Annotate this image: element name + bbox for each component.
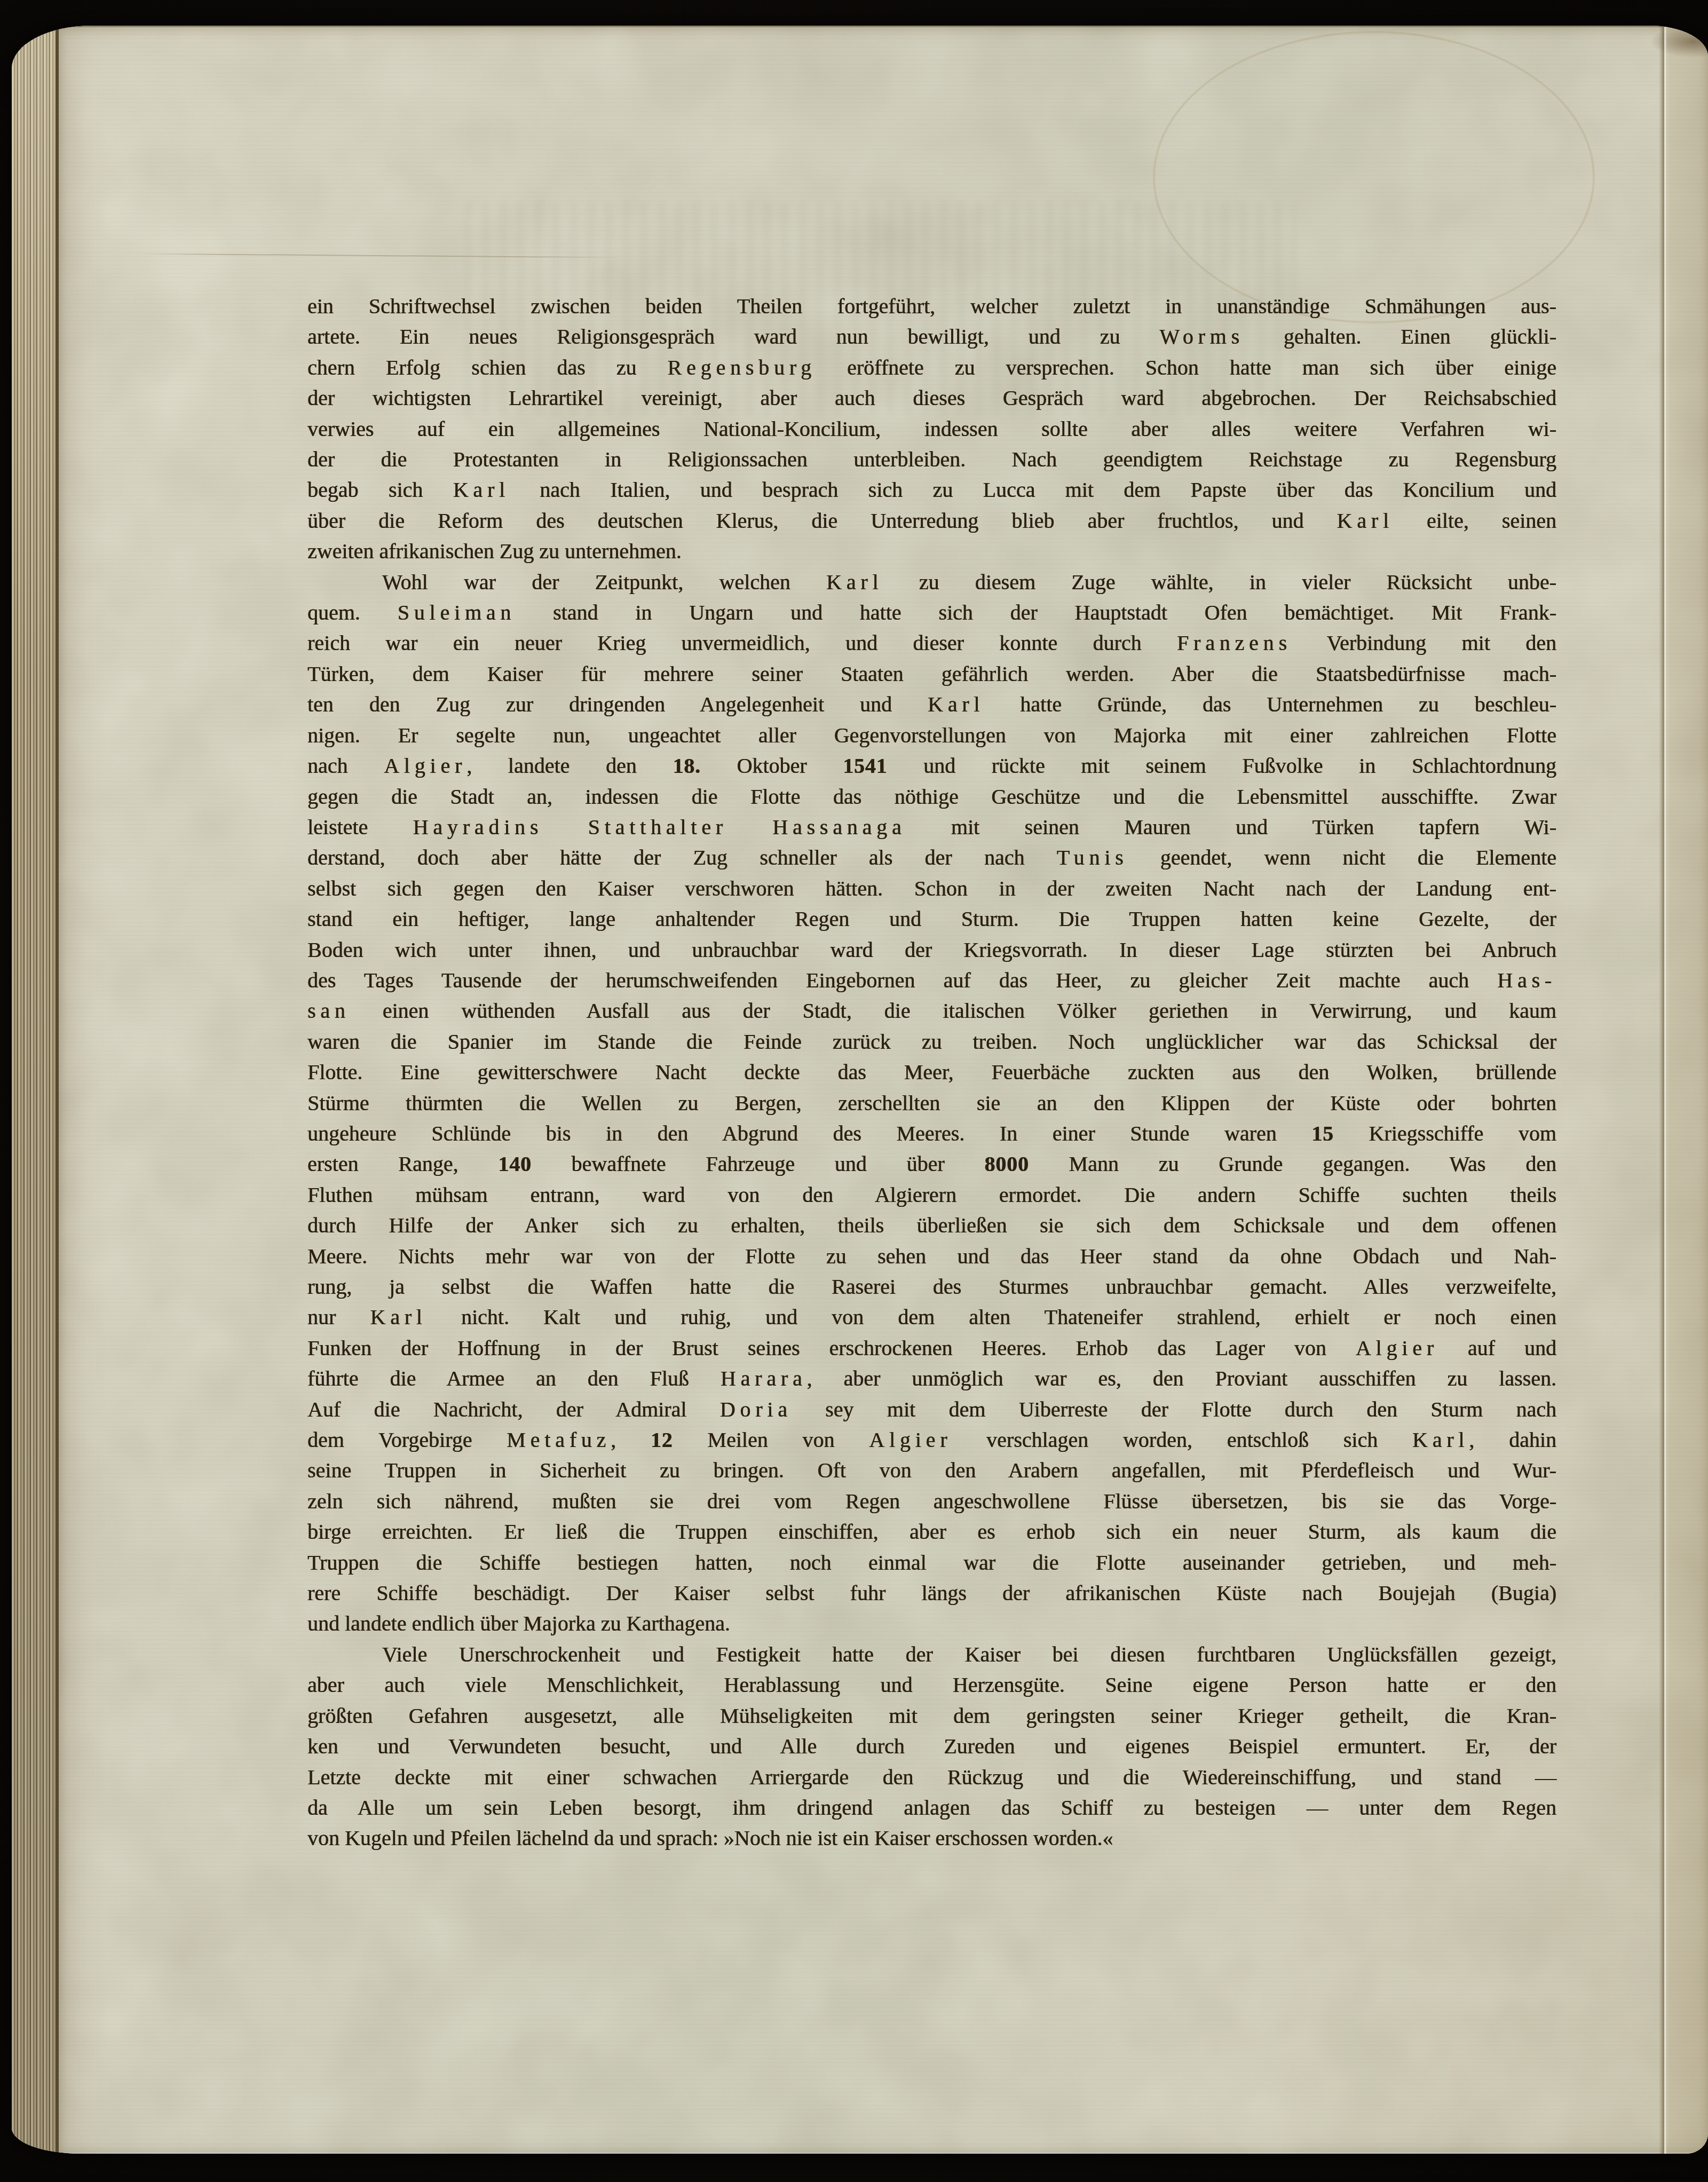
text-segment: zweiten afrikanischen Zug zu unternehmen… (307, 539, 682, 563)
text-segment: bewaffnete Fahrzeuge und über (532, 1152, 985, 1176)
text-segment: nur (307, 1305, 370, 1329)
numeric-figure: 8000 (985, 1152, 1029, 1176)
adjacent-page-area (1669, 26, 1708, 2154)
spaced-proper-name: Karl (1337, 509, 1394, 533)
text-line: ersten Range, 140 bewaffnete Fahrzeuge u… (307, 1149, 1556, 1179)
text-segment: waren die Spanier im Stande die Feinde z… (307, 1030, 1556, 1054)
text-segment: da Alle um sein Leben besorgt, ihm dring… (307, 1796, 1556, 1820)
text-segment: Verbindung mit den (1292, 631, 1556, 655)
text-segment: Auf die Nachricht, der Admiral (307, 1397, 720, 1421)
text-segment: Stürme thürmten die Wellen zu Bergen, ze… (307, 1091, 1556, 1115)
text-line: Viele Unerschrockenheit und Festigkeit h… (307, 1639, 1556, 1670)
text-line: größten Gefahren ausgesetzt, alle Mühsel… (307, 1701, 1556, 1731)
numeric-figure: 15 (1311, 1121, 1334, 1145)
text-line: zweiten afrikanischen Zug zu unternehmen… (307, 536, 1556, 566)
text-segment: nach (307, 754, 384, 778)
text-segment: Funken der Hoffnung in der Brust seines … (307, 1336, 1356, 1360)
text-segment: nicht. Kalt und ruhig, und von dem alten… (427, 1305, 1556, 1329)
text-line: verwies auf ein allgemeines National-Kon… (307, 414, 1556, 444)
text-segment: stand ein heftiger, lange anhaltender Re… (307, 907, 1556, 931)
text-segment: der die Protestanten in Religionssachen … (307, 447, 1556, 471)
text-segment: und landete endlich über Majorka zu Kart… (307, 1611, 730, 1635)
text-segment: und rückte mit seinem Fußvolke in Schlac… (887, 754, 1556, 778)
text-segment: dem Vorgebirge (307, 1428, 507, 1452)
text-line: dem Vorgebirge Metafuz, 12 Meilen von Al… (307, 1425, 1556, 1455)
spaced-proper-name: Suleiman (398, 600, 516, 624)
spaced-proper-name: Harara (721, 1366, 807, 1390)
text-line: der die Protestanten in Religionssachen … (307, 444, 1556, 475)
spaced-proper-name: Karl (928, 692, 984, 716)
text-line: Fluthen mühsam entrann, ward von den Alg… (307, 1180, 1556, 1210)
text-line: rung, ja selbst die Waffen hatte die Ras… (307, 1271, 1556, 1302)
text-segment: Viele Unerschrockenheit und Festigkeit h… (382, 1642, 1556, 1666)
text-line: birge erreichten. Er ließ die Truppen ei… (307, 1516, 1556, 1547)
spaced-proper-name: Metafuz (507, 1428, 611, 1452)
text-segment: Truppen die Schiffe bestiegen hatten, no… (307, 1551, 1556, 1575)
text-segment: Wohl war der Zeitpunkt, welchen (382, 570, 826, 594)
text-segment: quem. (307, 600, 398, 624)
text-line: des Tages Tausende der herumschweifenden… (307, 965, 1556, 995)
spaced-proper-name: Karl (1412, 1428, 1469, 1452)
text-segment: , (611, 1428, 651, 1452)
text-segment: Mann zu Grunde gegangen. Was den (1029, 1152, 1556, 1176)
text-line: Funken der Hoffnung in der Brust seines … (307, 1333, 1556, 1363)
text-segment: Boden wich unter ihnen, und unbrauchbar … (307, 938, 1556, 962)
book-scan-background: ein Schriftwechsel zwischen beiden Theil… (0, 0, 1708, 2182)
text-line: reich war ein neuer Krieg unvermeidlich,… (307, 628, 1556, 658)
ring-stain (1153, 31, 1595, 323)
text-segment: größten Gefahren ausgesetzt, alle Mühsel… (307, 1704, 1556, 1728)
text-segment: Oktober (701, 754, 843, 778)
text-line: gegen die Stadt an, indessen die Flotte … (307, 781, 1556, 812)
text-segment: der wichtigsten Lehrartikel vereinigt, a… (307, 386, 1556, 410)
text-segment: Türken, dem Kaiser für mehrere seiner St… (307, 662, 1556, 686)
text-segment: rung, ja selbst die Waffen hatte die Ras… (307, 1275, 1556, 1299)
text-line: zeln sich nährend, mußten sie drei vom R… (307, 1486, 1556, 1516)
text-line: führte die Armee an den Fluß Harara, abe… (307, 1363, 1556, 1394)
text-segment: gegen die Stadt an, indessen die Flotte … (307, 785, 1556, 809)
text-line: Truppen die Schiffe bestiegen hatten, no… (307, 1547, 1556, 1578)
text-segment: über die Reform des deutschen Klerus, di… (307, 509, 1337, 533)
text-segment: gehalten. Einen glückli- (1244, 325, 1556, 349)
gutter-crease (1659, 26, 1669, 2154)
text-segment (728, 815, 772, 839)
text-line: selbst sich gegen den Kaiser verschworen… (307, 873, 1556, 904)
text-segment: zu diesem Zuge wählte, in vieler Rücksic… (883, 570, 1556, 594)
text-segment: hatte Gründe, das Unternehmen zu beschle… (984, 692, 1556, 716)
spaced-proper-name: Hayradins (413, 815, 543, 839)
text-segment: ersten Range, (307, 1152, 498, 1176)
text-line: chern Erfolg schien das zu Regensburg er… (307, 352, 1556, 383)
text-line: durch Hilfe der Anker sich zu erhalten, … (307, 1210, 1556, 1240)
quotation: »Noch nie ist ein Kaiser erschossen word… (724, 1826, 1113, 1850)
text-line: da Alle um sein Leben besorgt, ihm dring… (307, 1792, 1556, 1823)
text-line: ein Schriftwechsel zwischen beiden Theil… (307, 291, 1556, 321)
paper-surface: ein Schriftwechsel zwischen beiden Theil… (59, 26, 1708, 2154)
text-line: ungeheure Schlünde bis in den Abgrund de… (307, 1118, 1556, 1149)
text-segment: Fluthen mühsam entrann, ward von den Alg… (307, 1183, 1556, 1207)
text-segment: , dahin (1469, 1428, 1556, 1452)
text-segment: chern Erfolg schien das zu (307, 355, 668, 380)
text-line: und landete endlich über Majorka zu Kart… (307, 1608, 1556, 1639)
text-segment: ten den Zug zur dringenden Angelegenheit… (307, 692, 928, 716)
spaced-proper-name: Karl (370, 1305, 427, 1329)
text-segment: Meilen von (673, 1428, 869, 1452)
text-segment: stand in Ungarn und hatte sich der Haupt… (516, 600, 1556, 624)
spaced-proper-name: Hassanaga (772, 815, 906, 839)
text-line: Meere. Nichts mehr war von der Flotte zu… (307, 1241, 1556, 1271)
spaced-proper-name: Algier (384, 754, 466, 778)
text-segment: leistete (307, 815, 413, 839)
text-line: quem. Suleiman stand in Ungarn und hatte… (307, 597, 1556, 628)
text-segment: sey mit dem Uiberreste der Flotte durch … (792, 1397, 1556, 1421)
text-line: nur Karl nicht. Kalt und ruhig, und von … (307, 1302, 1556, 1332)
spaced-proper-name: Has- (1497, 968, 1556, 992)
text-segment: seine Truppen in Sicherheit zu bringen. … (307, 1458, 1556, 1482)
text-segment: von Kugeln und Pfeilen lächelnd da und s… (307, 1826, 724, 1850)
text-line: Boden wich unter ihnen, und unbrauchbar … (307, 935, 1556, 965)
numeric-figure: 12 (651, 1428, 673, 1452)
spaced-proper-name: Doria (720, 1397, 792, 1421)
spaced-proper-name: Karl (453, 478, 510, 502)
text-segment: auf und (1438, 1336, 1556, 1360)
text-line: über die Reform des deutschen Klerus, di… (307, 505, 1556, 536)
text-segment: führte die Armee an den Fluß (307, 1366, 721, 1390)
text-segment: nigen. Er segelte nun, ungeachtet aller … (307, 723, 1556, 747)
text-segment: Flotte. Eine gewitterschwere Nacht deckt… (307, 1060, 1556, 1084)
text-segment: ken und Verwundeten besucht, und Alle du… (307, 1734, 1556, 1758)
spaced-proper-name: Worms (1159, 325, 1244, 349)
text-segment: aber auch viele Menschlichkeit, Herablas… (307, 1673, 1556, 1697)
text-line: der wichtigsten Lehrartikel vereinigt, a… (307, 383, 1556, 413)
text-segment: artete. Ein neues Religionsgespräch ward… (307, 325, 1159, 349)
text-segment: eröffnete zu versprechen. Schon hatte ma… (816, 355, 1556, 380)
text-segment: des Tages Tausende der herumschweifenden… (307, 968, 1497, 992)
spaced-proper-name: Algier (869, 1428, 952, 1452)
text-segment: verschlagen worden, entschloß sich (952, 1428, 1412, 1452)
page-edge-stack (12, 26, 59, 2154)
text-line: derstand, doch aber hätte der Zug schnel… (307, 842, 1556, 873)
text-line: nigen. Er segelte nun, ungeachtet aller … (307, 720, 1556, 750)
text-segment: birge erreichten. Er ließ die Truppen ei… (307, 1520, 1556, 1544)
text-segment: geendet, wenn nicht die Elemente (1128, 845, 1556, 869)
numeric-figure: 1541 (843, 754, 887, 778)
text-line: Stürme thürmten die Wellen zu Bergen, ze… (307, 1088, 1556, 1118)
spaced-proper-name: Franzens (1177, 631, 1292, 655)
spaced-proper-name: Regensburg (668, 355, 816, 380)
text-segment (543, 815, 588, 839)
text-segment: zeln sich nährend, mußten sie drei vom R… (307, 1489, 1556, 1513)
text-line: rere Schiffe beschädigt. Der Kaiser selb… (307, 1578, 1556, 1608)
text-line: Letzte deckte mit einer schwachen Arrier… (307, 1762, 1556, 1792)
text-segment: derstand, doch aber hätte der Zug schnel… (307, 845, 1057, 869)
text-line: nach Algier, landete den 18. Oktober 154… (307, 750, 1556, 781)
text-line: Auf die Nachricht, der Admiral Doria sey… (307, 1394, 1556, 1425)
text-segment: mit seinen Mauren und Türken tapfern Wi- (906, 815, 1557, 839)
text-line: Flotte. Eine gewitterschwere Nacht deckt… (307, 1057, 1556, 1087)
text-line: begab sich Karl nach Italien, und bespra… (307, 475, 1556, 505)
spaced-proper-name: Statthalter (588, 815, 728, 839)
text-segment: , landete den (466, 754, 673, 778)
text-line: ten den Zug zur dringenden Angelegenheit… (307, 689, 1556, 720)
numeric-figure: 18. (673, 754, 700, 778)
numeric-figure: 140 (498, 1152, 531, 1176)
text-line: seine Truppen in Sicherheit zu bringen. … (307, 1455, 1556, 1485)
text-line: san einen wüthenden Ausfall aus der Stad… (307, 995, 1556, 1026)
text-segment: verwies auf ein allgemeines National-Kon… (307, 417, 1556, 441)
text-segment: einen wüthenden Ausfall aus der Stadt, d… (350, 999, 1556, 1023)
text-segment: selbst sich gegen den Kaiser verschworen… (307, 876, 1556, 900)
text-line: stand ein heftiger, lange anhaltender Re… (307, 904, 1556, 934)
text-line: Wohl war der Zeitpunkt, welchen Karl zu … (307, 567, 1556, 597)
text-block: ein Schriftwechsel zwischen beiden Theil… (307, 291, 1556, 1854)
text-line: Türken, dem Kaiser für mehrere seiner St… (307, 659, 1556, 689)
spaced-proper-name: Algier (1356, 1336, 1438, 1360)
text-segment: eilte, seinen (1394, 509, 1556, 533)
spaced-proper-name: Tunis (1057, 845, 1128, 869)
text-segment: Kriegsschiffe vom (1334, 1121, 1556, 1145)
text-segment: ungeheure Schlünde bis in den Abgrund de… (307, 1121, 1311, 1145)
text-segment: Letzte deckte mit einer schwachen Arrier… (307, 1765, 1556, 1789)
spaced-proper-name: Karl (826, 570, 883, 594)
text-segment: reich war ein neuer Krieg unvermeidlich,… (307, 631, 1177, 655)
text-segment: ein Schriftwechsel zwischen beiden Theil… (307, 294, 1556, 318)
spaced-proper-name: san (307, 999, 350, 1023)
text-segment: begab sich (307, 478, 453, 502)
text-line: aber auch viele Menschlichkeit, Herablas… (307, 1670, 1556, 1700)
text-segment: rere Schiffe beschädigt. Der Kaiser selb… (307, 1581, 1556, 1605)
text-line: leistete Hayradins Statthalter Hassanaga… (307, 812, 1556, 842)
text-segment: Meere. Nichts mehr war von der Flotte zu… (307, 1244, 1556, 1268)
text-segment: durch Hilfe der Anker sich zu erhalten, … (307, 1213, 1556, 1237)
text-line: artete. Ein neues Religionsgespräch ward… (307, 321, 1556, 352)
text-line: ken und Verwundeten besucht, und Alle du… (307, 1731, 1556, 1761)
text-line: waren die Spanier im Stande die Feinde z… (307, 1026, 1556, 1057)
text-segment: nach Italien, und besprach sich zu Lucca… (510, 478, 1556, 502)
text-segment: , aber unmöglich war es, den Proviant au… (807, 1366, 1557, 1390)
text-line: von Kugeln und Pfeilen lächelnd da und s… (307, 1823, 1556, 1853)
book-page: ein Schriftwechsel zwischen beiden Theil… (12, 26, 1708, 2154)
